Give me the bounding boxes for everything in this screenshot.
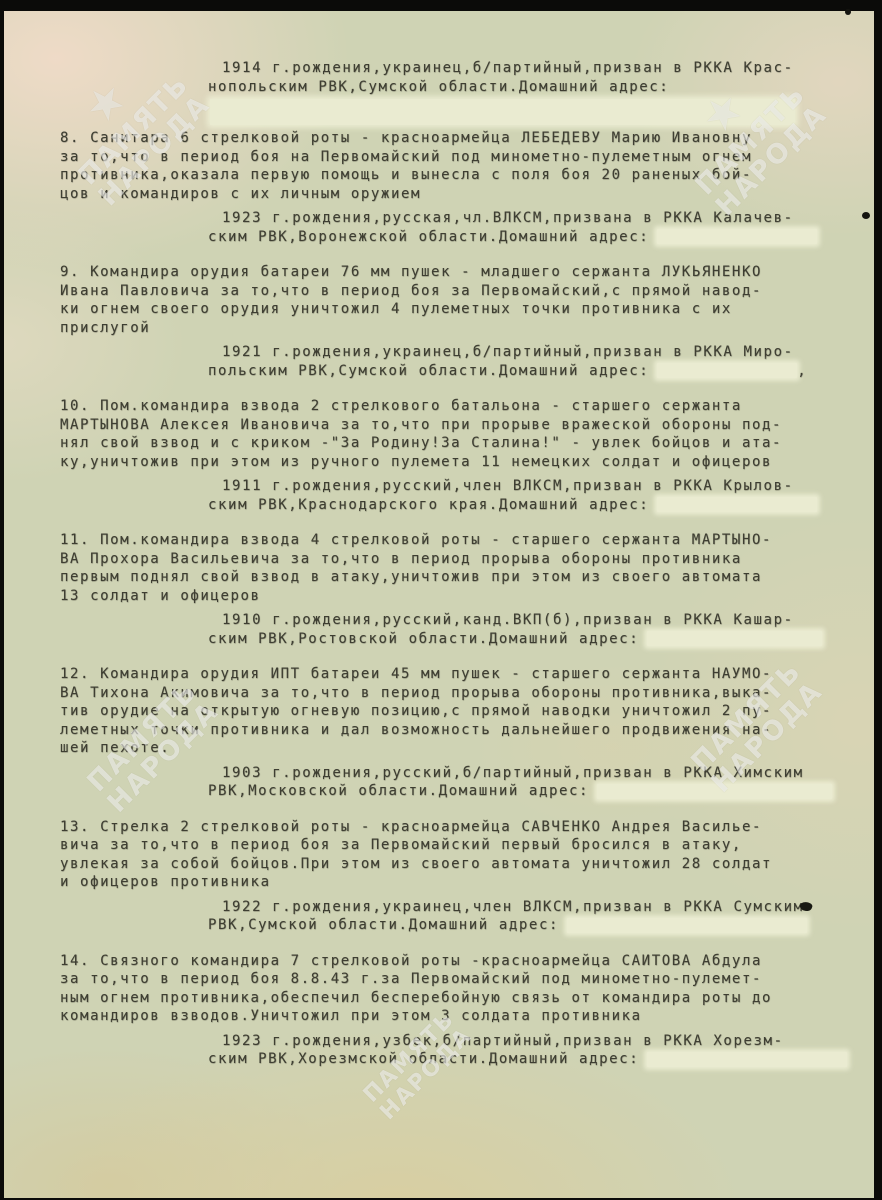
info-line: 1923 г.рождения,узбек,б/партийный,призва… <box>208 1032 818 1051</box>
body-line: противника,оказала первую помощь и вынес… <box>60 166 818 185</box>
body-line: 10. Пом.командира взвода 2 стрелкового б… <box>60 397 818 416</box>
body-line: 13 солдат и офицеров <box>60 587 818 606</box>
entry-info: 1922 г.рождения,украинец,член ВЛКСМ,приз… <box>208 898 818 935</box>
entry-body: 10. Пом.командира взвода 2 стрелкового б… <box>60 397 818 471</box>
info-line: 1921 г.рождения,украинец,б/партийный,при… <box>208 343 818 362</box>
info-line: ским РВК,Краснодарского края.Домашний ад… <box>208 496 818 515</box>
intro-info-block: 1914 г.рождения,украинец,б/партийный,при… <box>208 59 818 96</box>
info-line: 1914 г.рождения,украинец,б/партийный,при… <box>208 59 818 78</box>
info-line: 1922 г.рождения,украинец,член ВЛКСМ,приз… <box>208 898 818 917</box>
info-line-text: ским РВК,Ростовской области.Домашний адр… <box>208 631 639 647</box>
info-line: 1903 г.рождения,русский,б/партийный,приз… <box>208 764 818 783</box>
body-line: командиров взводов.Уничтожил при этом 3 … <box>60 1007 818 1026</box>
body-line: первым поднял свой взвод в атаку,уничтож… <box>60 568 818 587</box>
entry-info: 1923 г.рождения,русская,чл.ВЛКСМ,призван… <box>208 209 818 246</box>
body-line: нял свой взвод и с криком -"За Родину!За… <box>60 434 818 453</box>
info-line: ским РВК,Воронежской области.Домашний ад… <box>208 228 818 247</box>
body-line: МАРТЫНОВА Алексея Ивановича за то,что пр… <box>60 416 818 435</box>
info-line: РВК,Сумской области.Домашний адрес: <box>208 916 818 935</box>
info-line-text: РВК,Сумской области.Домашний адрес: <box>208 917 559 933</box>
info-line: РВК,Московской области.Домашний адрес: <box>208 782 818 801</box>
entry-body: 14. Связного командира 7 стрелковой роты… <box>60 952 818 1026</box>
redacted-address <box>567 918 807 933</box>
award-entry: 8. Санитара 6 стрелковой роты - красноар… <box>60 129 818 246</box>
body-line: ку,уничтожив при этом из ручного пулемет… <box>60 453 818 472</box>
body-line: ВА Тихона Акимовича за то,что в период п… <box>60 684 818 703</box>
redacted-address <box>647 631 822 646</box>
body-line: за то,что в период боя на Первомайский п… <box>60 148 818 167</box>
entry-info: 1911 г.рождения,русский,член ВЛКСМ,призв… <box>208 477 818 514</box>
award-entry: 13. Стрелка 2 стрелковой роты - красноар… <box>60 818 818 935</box>
redacted-address <box>657 363 797 378</box>
body-line: 14. Связного командира 7 стрелковой роты… <box>60 952 818 971</box>
info-line: 1911 г.рождения,русский,член ВЛКСМ,призв… <box>208 477 818 496</box>
info-line: нопольским РВК,Сумской области.Домашний … <box>208 78 818 97</box>
info-line-text: ским РВК,Краснодарского края.Домашний ад… <box>208 497 649 513</box>
body-line: ным огнем противника,обеспечил бесперебо… <box>60 989 818 1008</box>
entry-info: 1921 г.рождения,украинец,б/партийный,при… <box>208 343 818 380</box>
info-line: ским РВК,Ростовской области.Домашний адр… <box>208 630 818 649</box>
body-line: 11. Пом.командира взвода 4 стрелковой ро… <box>60 531 818 550</box>
award-entry: 14. Связного командира 7 стрелковой роты… <box>60 952 818 1069</box>
info-suffix: , <box>797 363 807 379</box>
entry-body: 11. Пом.командира взвода 4 стрелковой ро… <box>60 531 818 605</box>
award-entry: 10. Пом.командира взвода 2 стрелкового б… <box>60 397 818 514</box>
info-line: ским РВК,Хорезмской области.Домашний адр… <box>208 1050 818 1069</box>
body-line: увлекая за собой бойцов.При этом из свое… <box>60 855 818 874</box>
body-line: тив орудие на открытую огневую позицию,с… <box>60 702 818 721</box>
scanned-document-page: { "watermark": { "line1": "ПАМЯТЬ", "lin… <box>0 0 882 1200</box>
info-line-text: РВК,Московской области.Домашний адрес: <box>208 783 589 799</box>
body-line: и офицеров противника <box>60 873 818 892</box>
body-line: цов и командиров с их личным оружием <box>60 185 818 204</box>
entry-body: 13. Стрелка 2 стрелковой роты - красноар… <box>60 818 818 892</box>
entries-list: 8. Санитара 6 стрелковой роты - красноар… <box>60 129 818 1069</box>
entry-info: 1923 г.рождения,узбек,б/партийный,призва… <box>208 1032 818 1069</box>
ink-mark <box>862 212 870 219</box>
info-line: польским РВК,Сумской области.Домашний ад… <box>208 362 818 381</box>
award-entry: 11. Пом.командира взвода 4 стрелковой ро… <box>60 531 818 648</box>
info-line-text: ским РВК,Хорезмской области.Домашний адр… <box>208 1051 639 1067</box>
redacted-address <box>657 229 817 244</box>
body-line: леметных точки противника и дал возможно… <box>60 721 818 740</box>
entry-body: 9. Командира орудия батареи 76 мм пушек … <box>60 263 818 337</box>
info-line: 1910 г.рождения,русский,канд.ВКП(б),приз… <box>208 611 818 630</box>
body-line: прислугой <box>60 319 818 338</box>
body-line: Ивана Павловича за то,что в период боя з… <box>60 282 818 301</box>
entry-body: 8. Санитара 6 стрелковой роты - красноар… <box>60 129 818 203</box>
info-line-text: польским РВК,Сумской области.Домашний ад… <box>208 363 649 379</box>
entry-info: 1903 г.рождения,русский,б/партийный,приз… <box>208 764 818 801</box>
body-line: 12. Командира орудия ИПТ батареи 45 мм п… <box>60 665 818 684</box>
body-line: шей пехоте. <box>60 739 818 758</box>
body-line: 9. Командира орудия батареи 76 мм пушек … <box>60 263 818 282</box>
document-paper: 1914 г.рождения,украинец,б/партийный,при… <box>4 11 874 1198</box>
typewritten-content: 1914 г.рождения,украинец,б/партийный,при… <box>4 11 874 1198</box>
entry-body: 12. Командира орудия ИПТ батареи 45 мм п… <box>60 665 818 758</box>
award-entry: 12. Командира орудия ИПТ батареи 45 мм п… <box>60 665 818 801</box>
body-line: за то,что в период боя 8.8.43 г.за Перво… <box>60 970 818 989</box>
award-entry: 9. Командира орудия батареи 76 мм пушек … <box>60 263 818 380</box>
body-line: вича за то,что в период боя за Первомайс… <box>60 836 818 855</box>
body-line: ки огнем своего орудия уничтожил 4 пулем… <box>60 300 818 319</box>
info-line-text: ским РВК,Воронежской области.Домашний ад… <box>208 229 649 245</box>
body-line: ВА Прохора Васильевича за то,что в перио… <box>60 550 818 569</box>
redacted-address <box>657 497 817 512</box>
body-line: 13. Стрелка 2 стрелковой роты - красноар… <box>60 818 818 837</box>
entry-info: 1910 г.рождения,русский,канд.ВКП(б),приз… <box>208 611 818 648</box>
info-line: 1923 г.рождения,русская,чл.ВЛКСМ,призван… <box>208 209 818 228</box>
body-line: 8. Санитара 6 стрелковой роты - красноар… <box>60 129 818 148</box>
redacted-address-band <box>210 99 795 125</box>
ink-mark <box>845 9 851 15</box>
redacted-address <box>597 784 832 799</box>
redacted-address <box>647 1052 847 1067</box>
